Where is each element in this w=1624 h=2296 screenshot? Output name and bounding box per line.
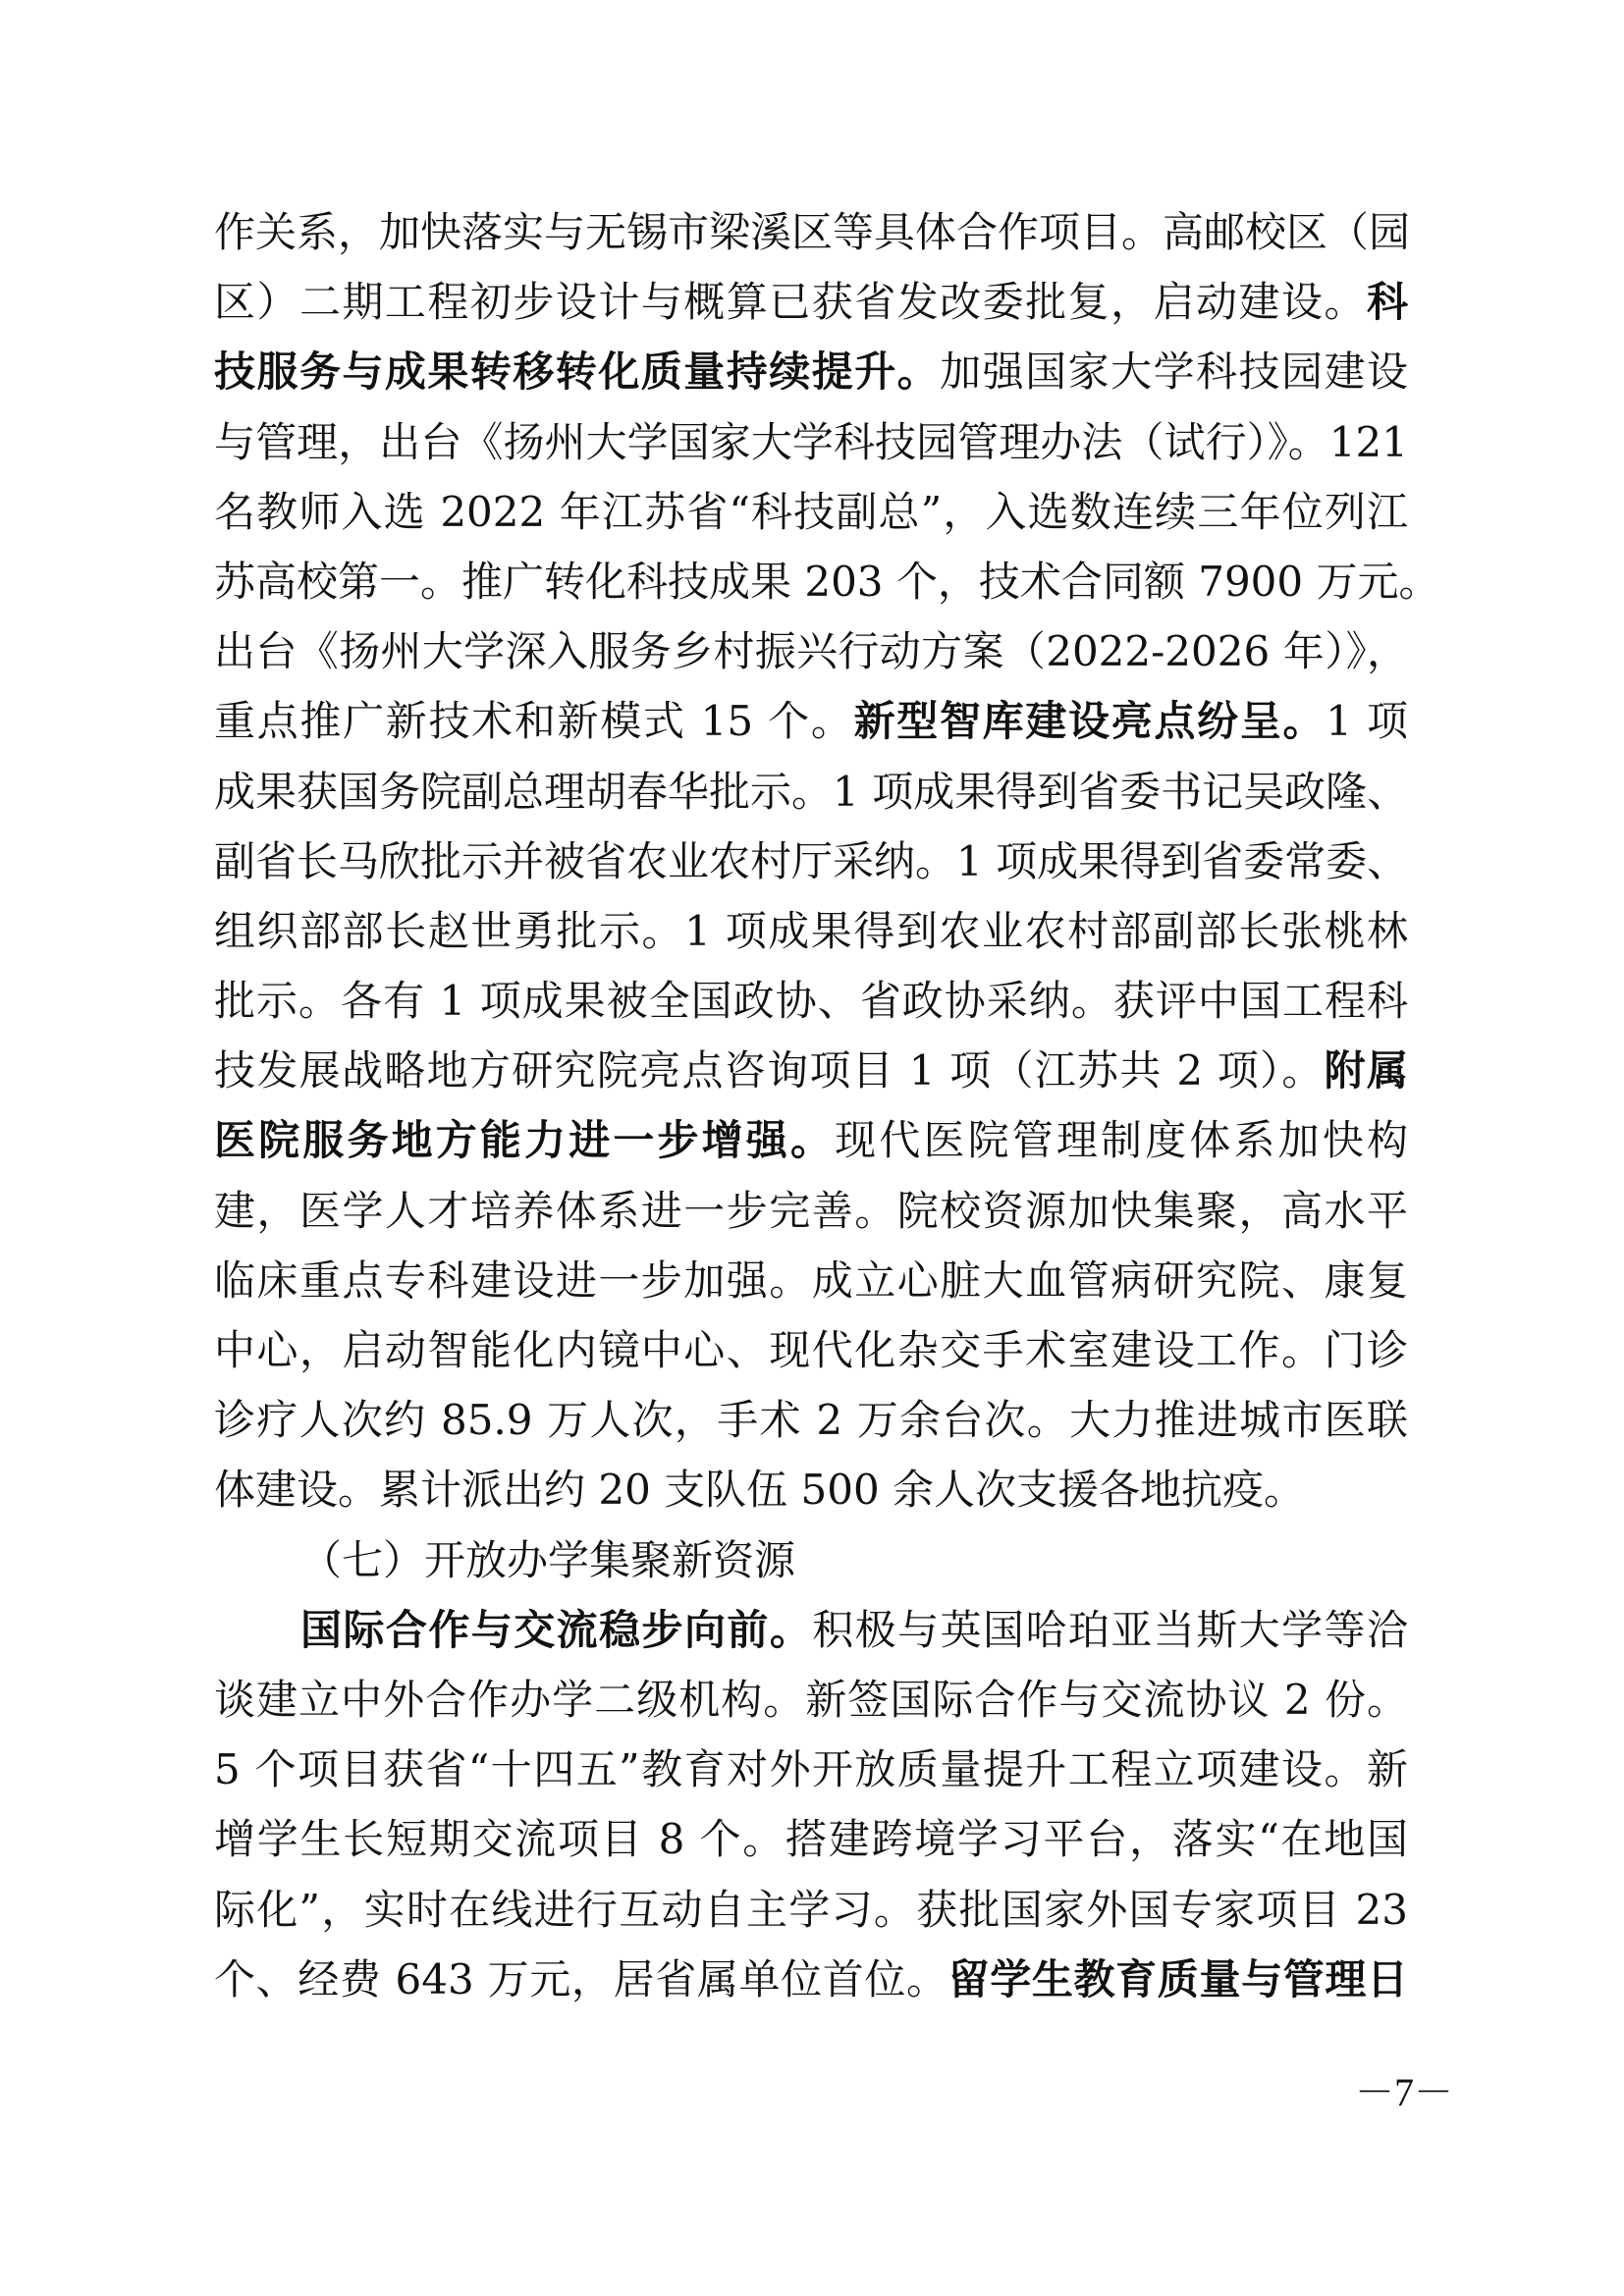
text-line: 临床重点专科建设进一步加强。成立心脏大血管病研究院、康复 — [214, 1246, 1408, 1315]
text-line: 体建设。累计派出约 20 支队伍 500 余人次支援各地抗疫。 — [214, 1455, 1408, 1524]
bold-heading: 技服务与成果转移转化质量持续提升。 — [214, 347, 940, 396]
text-line: 增学生长短期交流项目 8 个。搭建跨境学习平台，落实“在地国 — [214, 1804, 1408, 1874]
text-line: 名教师入选 2022 年江苏省“科技副总”，入选数连续三年位列江 — [214, 477, 1408, 547]
text-line: 5 个项目获省“十四五”教育对外开放质量提升工程立项建设。新 — [214, 1735, 1408, 1804]
bold-heading: 附属 — [1325, 1046, 1408, 1095]
text-line: 中心，启动智能化内镜中心、现代化杂交手术室建设工作。门诊 — [214, 1315, 1408, 1385]
text-line: 与管理，出台《扬州大学国家大学科技园管理办法（试行）》。121 — [214, 407, 1408, 477]
text-line: 医院服务地方能力进一步增强。现代医院管理制度体系加快构 — [214, 1105, 1408, 1175]
text-line: 区）二期工程初步设计与概算已获省发改委批复，启动建设。科 — [214, 267, 1408, 337]
bold-heading: 科 — [1367, 278, 1408, 326]
text-line: 副省长马欣批示并被省农业农村厅采纳。1 项成果得到省委常委、 — [214, 827, 1408, 896]
body-text: 作关系，加快落实与无锡市梁溪区等具体合作项目。高邮校区（园 区）二期工程初步设计… — [214, 197, 1408, 2014]
text-line: 个、经费 643 万元，居省属单位首位。留学生教育质量与管理日 — [214, 1945, 1408, 2014]
text-line: 诊疗人次约 85.9 万人次，手术 2 万余台次。大力推进城市医联 — [214, 1385, 1408, 1455]
text-line: 组织部部长赵世勇批示。1 项成果得到农业农村部副部长张桃林 — [214, 896, 1408, 966]
text-line: 成果获国务院副总理胡春华批示。1 项成果得到省委书记吴政隆、 — [214, 757, 1408, 827]
text-line: 批示。各有 1 项成果被全国政协、省政协采纳。获评中国工程科 — [214, 966, 1408, 1036]
page-number: －7－ — [1355, 2061, 1453, 2117]
bold-heading: 国际合作与交流稳步向前。 — [300, 1606, 812, 1654]
text-line: 出台《扬州大学深入服务乡村振兴行动方案（2022-2026 年）》， — [214, 616, 1408, 686]
text-line: 苏高校第一。推广转化科技成果 203 个，技术合同额 7900 万元。 — [214, 547, 1408, 616]
text-line: 建，医学人才培养体系进一步完善。院校资源加快集聚，高水平 — [214, 1176, 1408, 1246]
text-line: 技发展战略地方研究院亮点咨询项目 1 项（江苏共 2 项）。附属 — [214, 1036, 1408, 1105]
document-page: 作关系，加快落实与无锡市梁溪区等具体合作项目。高邮校区（园 区）二期工程初步设计… — [0, 0, 1624, 2296]
text-line: 技服务与成果转移转化质量持续提升。加强国家大学科技园建设 — [214, 337, 1408, 406]
bold-heading: 留学生教育质量与管理日 — [948, 1955, 1408, 2003]
bold-heading: 医院服务地方能力进一步增强。 — [214, 1116, 835, 1164]
text-line: 国际合作与交流稳步向前。积极与英国哈珀亚当斯大学等洽 — [214, 1595, 1408, 1665]
section-heading: （七）开放办学集聚新资源 — [214, 1525, 1408, 1595]
text-line: 重点推广新技术和新模式 15 个。新型智库建设亮点纷呈。1 项 — [214, 686, 1408, 756]
text-line: 际化”，实时在线进行互动自主学习。获批国家外国专家项目 23 — [214, 1875, 1408, 1945]
text-line: 谈建立中外合作办学二级机构。新签国际合作与交流协议 2 份。 — [214, 1665, 1408, 1735]
text-line: 作关系，加快落实与无锡市梁溪区等具体合作项目。高邮校区（园 — [214, 197, 1408, 267]
bold-heading: 新型智库建设亮点纷呈。 — [854, 697, 1326, 745]
